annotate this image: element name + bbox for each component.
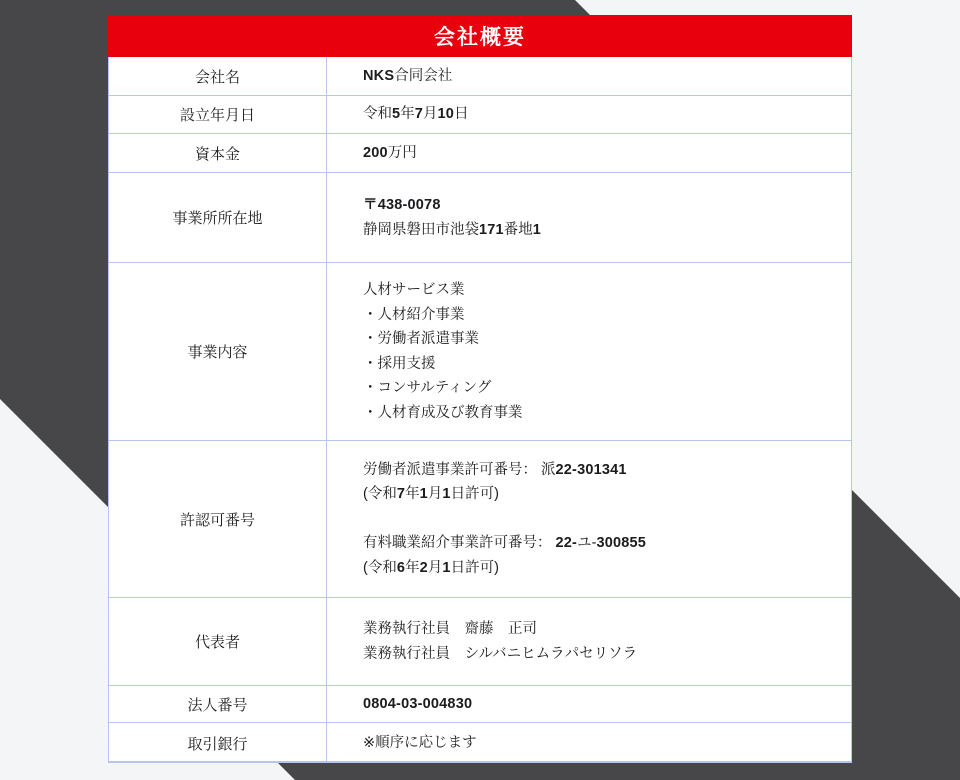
- row-label: 代表者: [109, 598, 327, 685]
- row-label: 法人番号: [109, 686, 327, 722]
- row-label: 資本金: [109, 134, 327, 172]
- row-value-line: ・労働者派遣事業: [363, 327, 839, 352]
- table-row: 資本金 200万円: [109, 133, 851, 172]
- row-value-line: 静岡県磐田市池袋171番地1: [363, 218, 839, 243]
- row-value: 200万円: [327, 134, 851, 172]
- table-row: 代表者 業務執行社員 齋藤 正司業務執行社員 シルバニヒムラパセリソラ: [109, 597, 851, 685]
- table-row: 法人番号 0804-03-004830: [109, 685, 851, 722]
- row-value: NKS合同会社: [327, 57, 851, 95]
- row-value: 業務執行社員 齋藤 正司業務執行社員 シルバニヒムラパセリソラ: [327, 598, 851, 685]
- row-value-line: ・採用支援: [363, 352, 839, 377]
- table-row: 許認可番号 労働者派遣事業許可番号： 派22-301341(令和7年1月1日許可…: [109, 440, 851, 597]
- row-value: 令和5年7月10日: [327, 96, 851, 133]
- table-body: 会社名 NKS合同会社 設立年月日 令和5年7月10日 資本金 200万円 事業…: [109, 57, 851, 763]
- row-value-line: 業務執行社員 シルバニヒムラパセリソラ: [363, 642, 839, 667]
- table-header: 会社概要: [108, 15, 852, 57]
- row-value: 〒438-0078静岡県磐田市池袋171番地1: [327, 173, 851, 262]
- row-value: 人材サービス業・人材紹介事業・労働者派遣事業・採用支援・コンサルティング・人材育…: [327, 263, 851, 440]
- row-label: 事業内容: [109, 263, 327, 440]
- row-value-line: (令和7年1月1日許可): [363, 482, 839, 507]
- company-profile-card: 会社概要 会社名 NKS合同会社 設立年月日 令和5年7月10日 資本金 200…: [108, 15, 852, 763]
- row-value-line: [363, 507, 839, 532]
- row-value-line: 労働者派遣事業許可番号： 派22-301341: [363, 458, 839, 483]
- row-label: 許認可番号: [109, 441, 327, 597]
- row-value-line: ※順序に応じます: [363, 731, 839, 756]
- row-value-line: ・人材紹介事業: [363, 303, 839, 328]
- table-row: 設立年月日 令和5年7月10日: [109, 95, 851, 133]
- table-row: 取引銀行 ※順序に応じます: [109, 722, 851, 763]
- row-value-line: 令和5年7月10日: [363, 102, 839, 127]
- row-value-line: 有料職業紹介事業許可番号： 22-ユ-300855: [363, 531, 839, 556]
- row-value-line: ・コンサルティング: [363, 376, 839, 401]
- row-value-line: 0804-03-004830: [363, 692, 839, 717]
- row-value: 労働者派遣事業許可番号： 派22-301341(令和7年1月1日許可)有料職業紹…: [327, 441, 851, 597]
- row-label: 事業所所在地: [109, 173, 327, 262]
- row-value-line: 200万円: [363, 141, 839, 166]
- row-value-line: ・人材育成及び教育事業: [363, 401, 839, 426]
- row-label: 取引銀行: [109, 723, 327, 763]
- company-overview-title: 会社概要: [434, 21, 526, 51]
- row-value: ※順序に応じます: [327, 723, 851, 763]
- row-value-line: (令和6年2月1日許可): [363, 556, 839, 581]
- table-row: 事業所所在地 〒438-0078静岡県磐田市池袋171番地1: [109, 172, 851, 262]
- row-value: 0804-03-004830: [327, 686, 851, 722]
- table-row: 事業内容 人材サービス業・人材紹介事業・労働者派遣事業・採用支援・コンサルティン…: [109, 262, 851, 440]
- row-value-line: 〒438-0078: [363, 193, 839, 218]
- table-row: 会社名 NKS合同会社: [109, 57, 851, 95]
- row-label: 会社名: [109, 57, 327, 95]
- row-value-line: 人材サービス業: [363, 278, 839, 303]
- row-value-line: NKS合同会社: [363, 64, 839, 89]
- row-label: 設立年月日: [109, 96, 327, 133]
- row-value-line: 業務執行社員 齋藤 正司: [363, 617, 839, 642]
